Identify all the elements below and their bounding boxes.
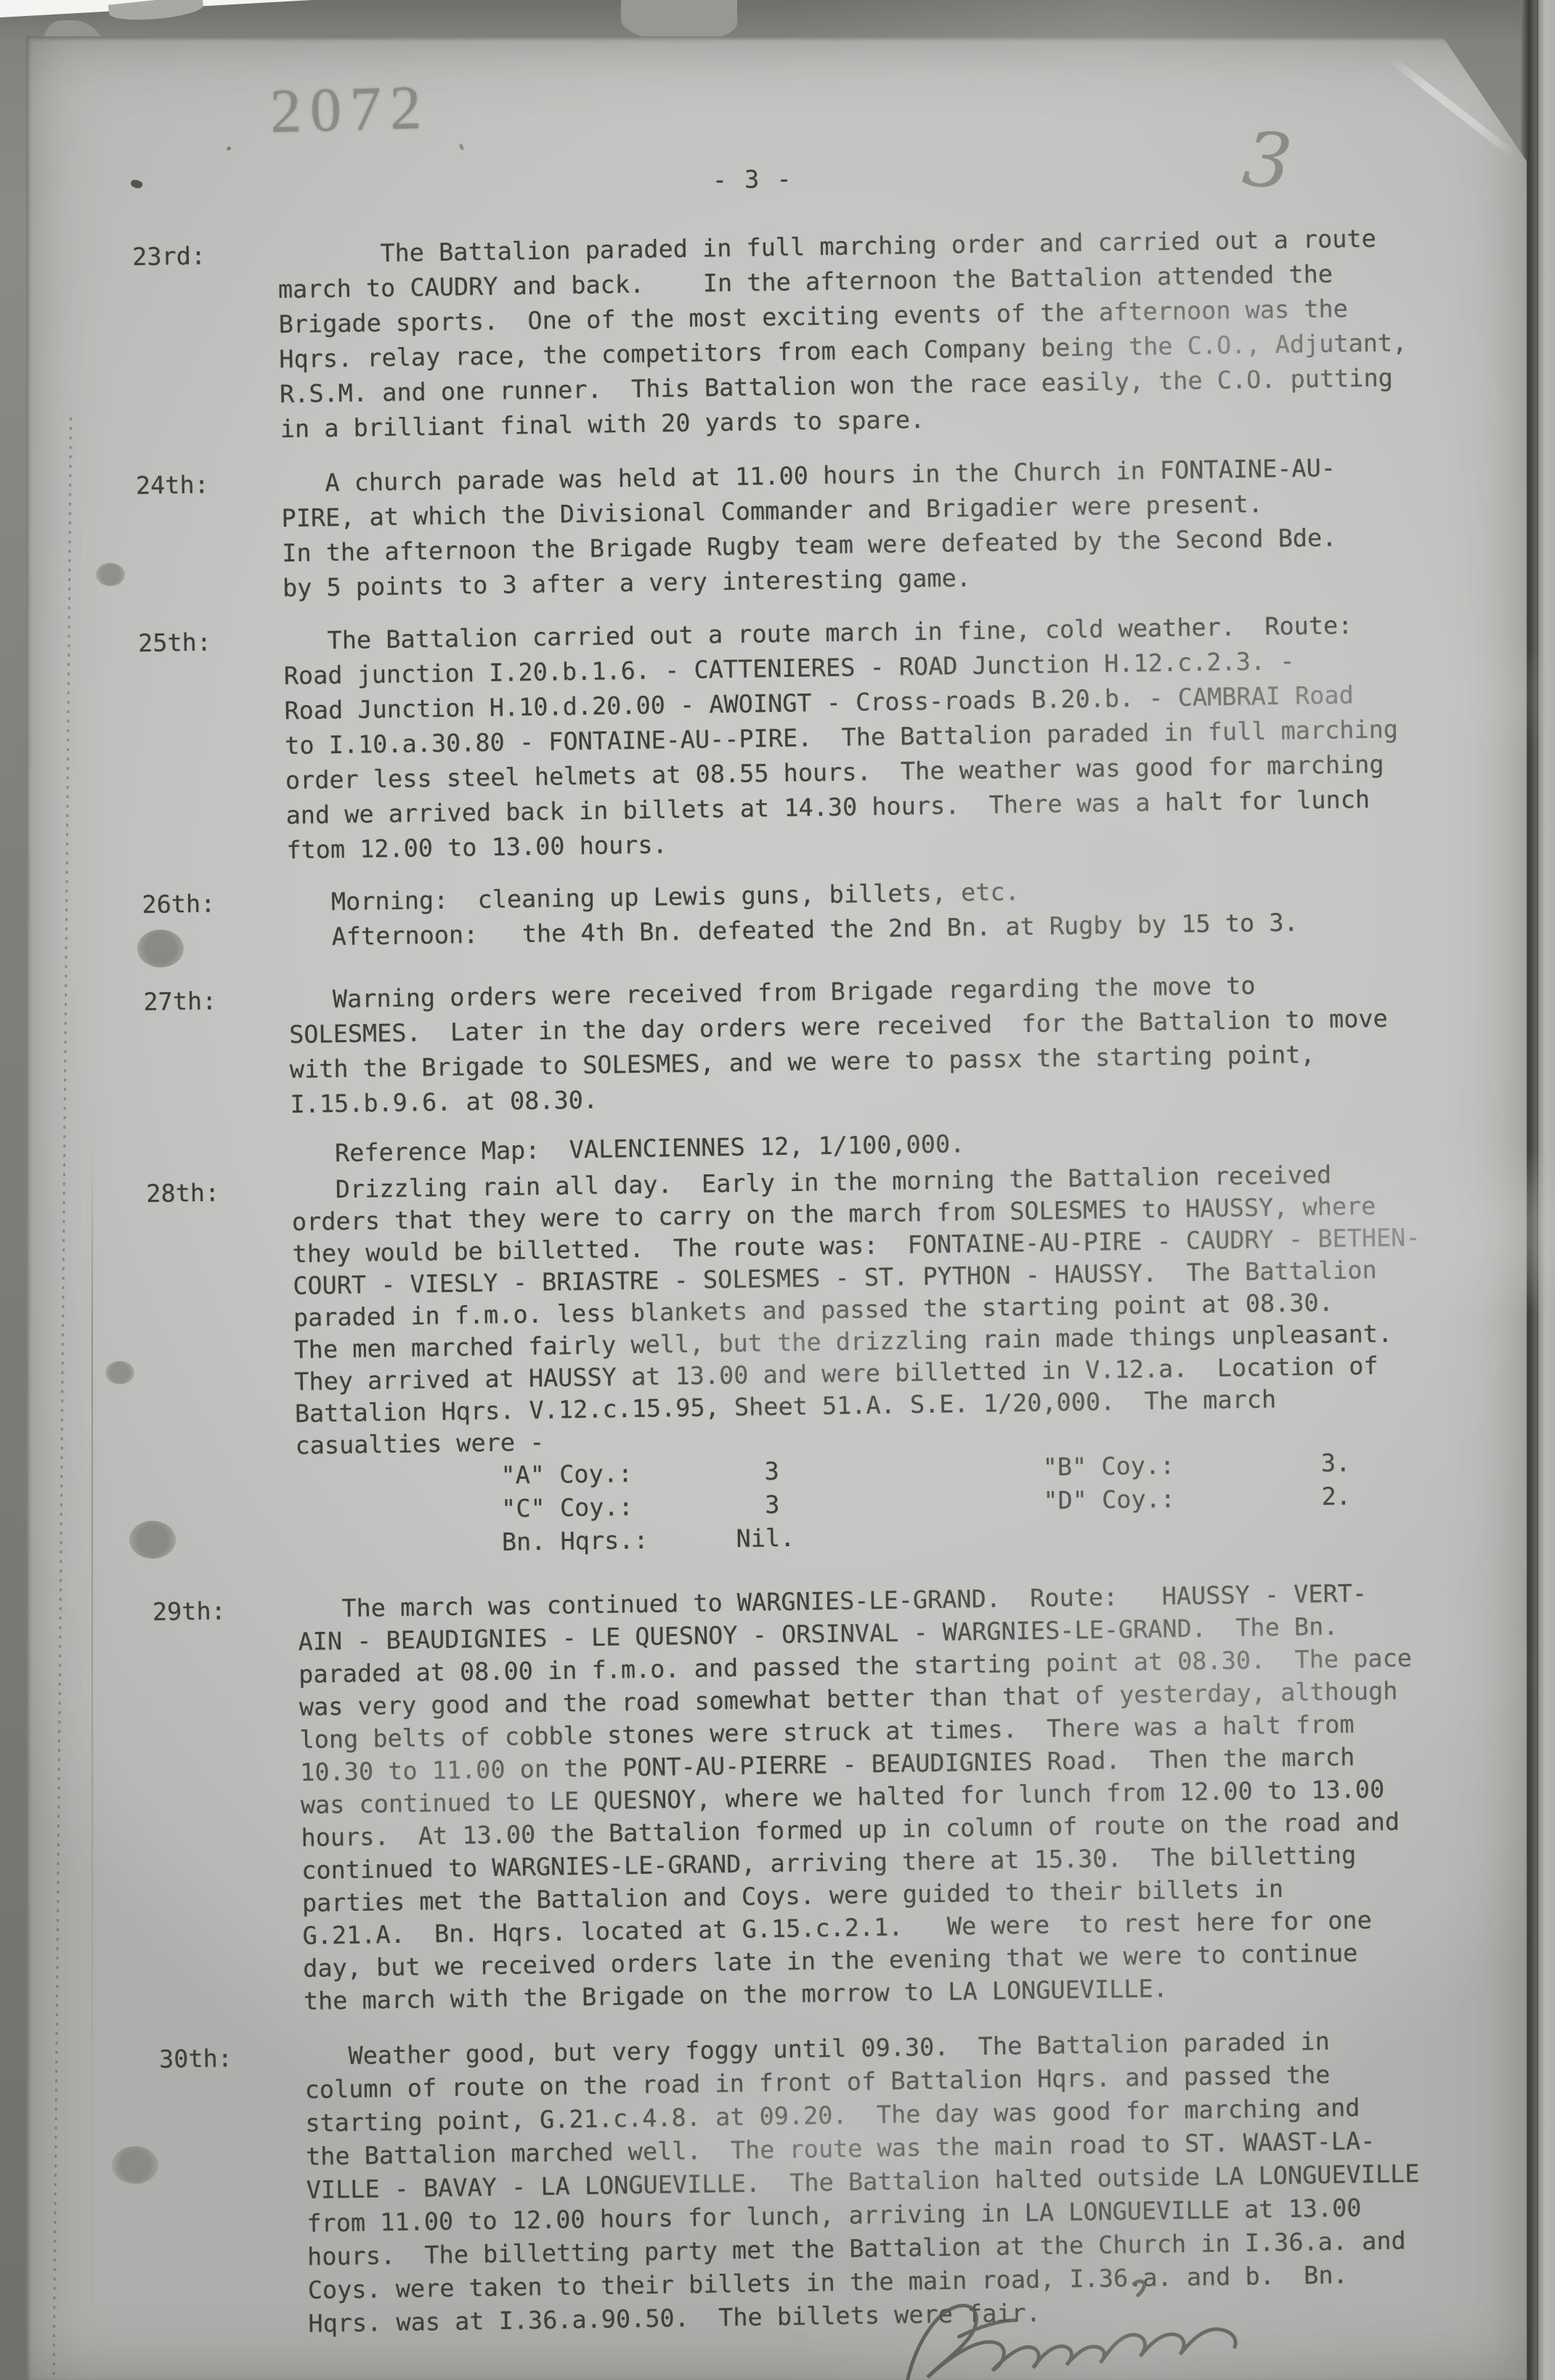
- entry-date-label: 29th:: [153, 1593, 227, 1629]
- diary-entry: 30th: Weather good, but very foggy until…: [159, 2023, 1471, 2343]
- scanned-diary-screenshot: { "page": { "stamp": "2072", "handwritte…: [0, 0, 1555, 2380]
- diary-entry: 26th: Morning: cleaning up Lewis guns, b…: [142, 868, 1450, 957]
- diary-entry: 27th: Warning orders were received from …: [143, 965, 1453, 1124]
- entry-date-label: 24th:: [136, 468, 210, 503]
- diary-entry: 23rd: The Battalion paraded in full marc…: [132, 220, 1442, 449]
- entry-date-label: 27th:: [143, 984, 217, 1020]
- typed-text-layer: - 3 - 23rd: The Battalion paraded in ful…: [0, 0, 1555, 2380]
- diary-entries: 23rd: The Battalion paraded in full marc…: [0, 0, 1538, 2]
- casualty-table: "A" Coy.: 3 "B" Coy.: 3. "C" Coy.: 3 "D"…: [296, 1445, 1459, 1562]
- entry-date-label: 28th:: [146, 1175, 220, 1211]
- diary-entry: 24th: A church parade was held at 11.00 …: [136, 449, 1445, 608]
- diary-entry: 25th: The Battalion carried out a route …: [138, 606, 1449, 870]
- typed-page-number: - 3 -: [712, 165, 792, 195]
- diary-entry: 29th: The march was continued to WARGNIE…: [153, 1575, 1466, 2020]
- entry-date-label: 23rd:: [132, 239, 206, 275]
- entry-date-label: 30th:: [159, 2041, 233, 2076]
- diary-entry: 28th: Drizzling rain all day. Early in t…: [146, 1157, 1459, 1564]
- entry-date-label: 25th:: [138, 625, 212, 661]
- entry-date-label: 26th:: [142, 887, 216, 922]
